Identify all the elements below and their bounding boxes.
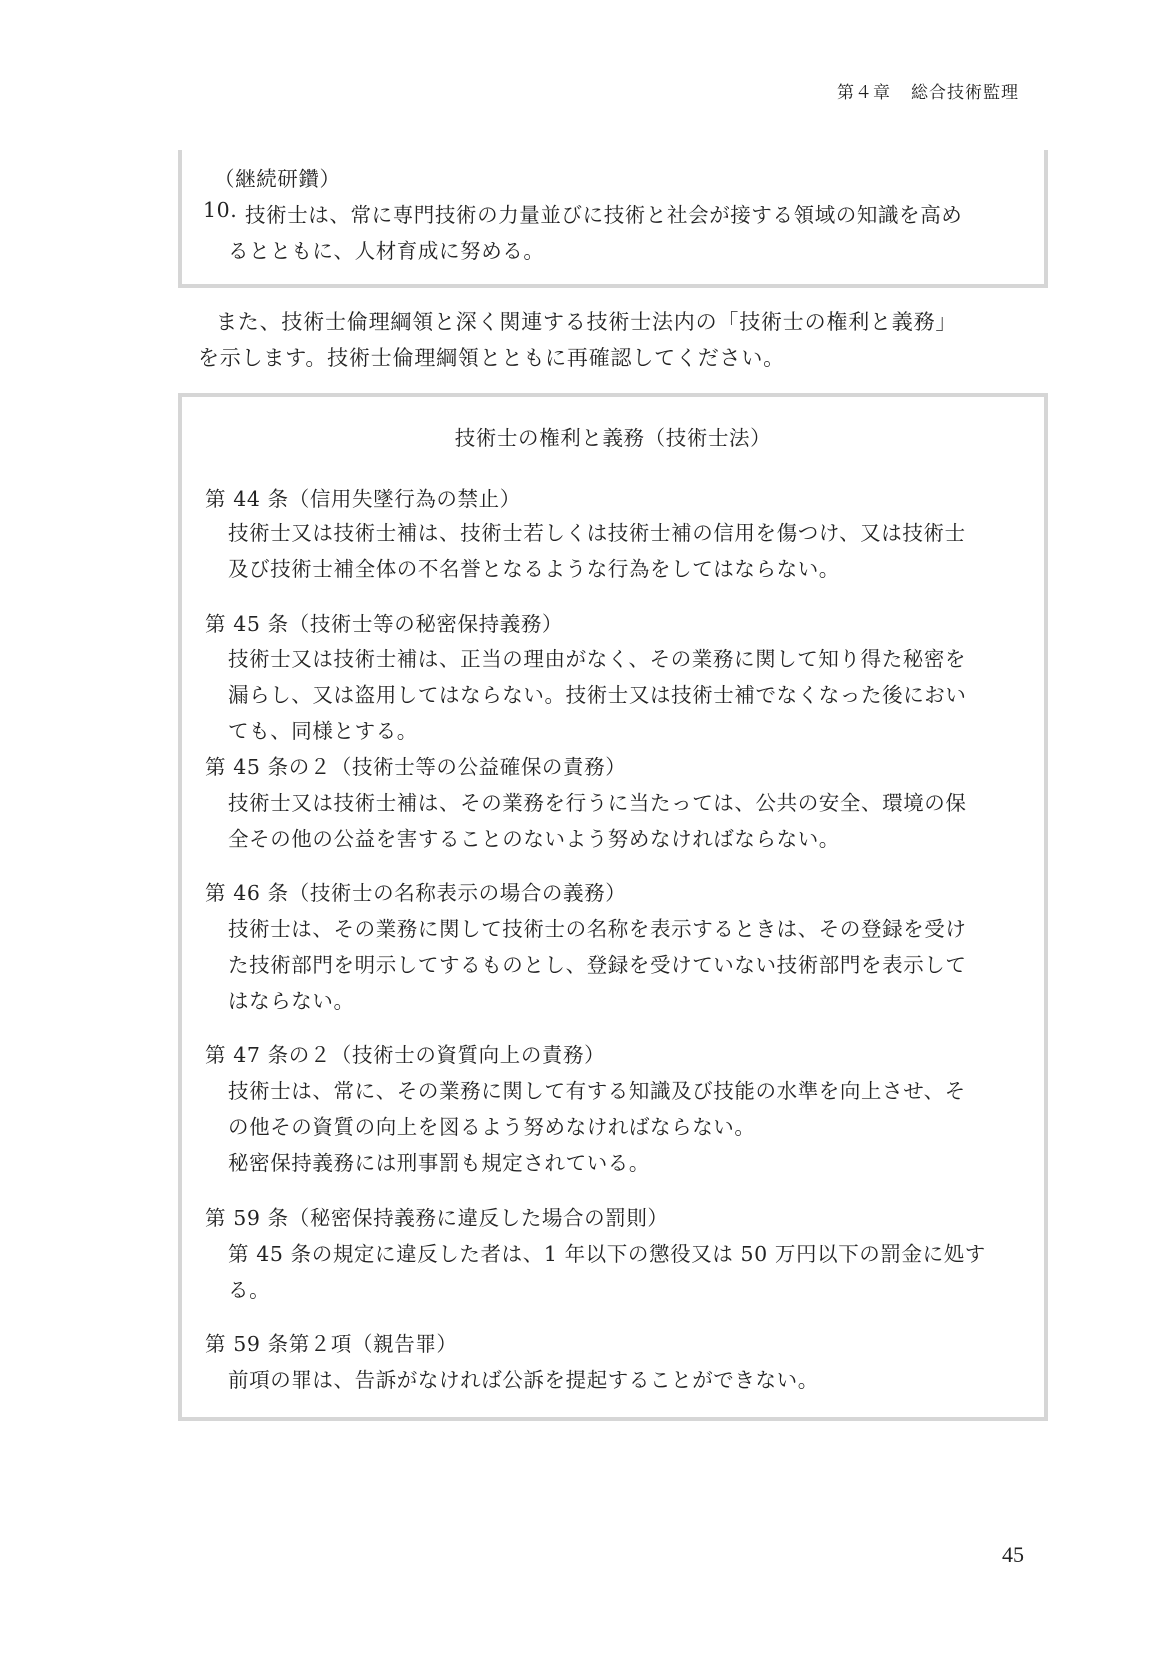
article-heading: 第 45 条の２（技術士等の公益確保の責務）	[205, 750, 626, 780]
clause-heading: （継続研鑽）	[214, 162, 341, 192]
article-heading: 第 44 条（信用失墜行為の禁止）	[205, 482, 521, 512]
article-text-line: 及び技術士補全体の不名誉となるような行為をしてはならない。	[228, 552, 840, 582]
article-text-line: ても、同様とする。	[228, 714, 418, 744]
article-text-line: 漏らし、又は盗用してはならない。技術士又は技術士補でなくなった後におい	[228, 678, 967, 708]
article-text-line: 技術士は、常に、その業務に関して有する知識及び技能の水準を向上させ、そ	[228, 1074, 966, 1104]
article-text-line: 第 45 条の規定に違反した者は、1 年以下の懲役又は 50 万円以下の罰金に処…	[228, 1237, 986, 1267]
article-note-line: 秘密保持義務には刑事罰も規定されている。	[228, 1146, 650, 1176]
clause-number: 10.	[203, 198, 237, 222]
article-text-line: 技術士又は技術士補は、技術士若しくは技術士補の信用を傷つけ、又は技術士	[228, 516, 966, 546]
article-heading: 第 59 条（秘密保持義務に違反した場合の罰則）	[205, 1201, 669, 1231]
article-text-line: 技術士は、その業務に関して技術士の名称を表示するときは、その登録を受け	[228, 912, 967, 942]
running-header: 第４章総合技術監理	[837, 78, 1019, 103]
chapter-title: 総合技術監理	[911, 83, 1019, 103]
clause-text-line: 技術士は、常に専門技術の力量並びに技術と社会が接する領域の知識を高め	[245, 198, 962, 228]
intro-paragraph-line: また、技術士倫理綱領と深く関連する技術士法内の「技術士の権利と義務」	[216, 306, 957, 336]
article-text-line: た技術部門を明示してするものとし、登録を受けていない技術部門を表示して	[228, 948, 967, 978]
clause-text-line: るとともに、人材育成に努める。	[228, 234, 545, 264]
article-text-line: の他その資質の向上を図るよう努めなければならない。	[228, 1110, 756, 1140]
intro-paragraph-line: を示します。技術士倫理綱領とともに再確認してください。	[198, 342, 785, 372]
page-number: 45	[1002, 1542, 1024, 1568]
chapter-label: 第４章	[837, 83, 891, 103]
article-text-line: 前項の罪は、告訴がなければ公訴を提起することができない。	[228, 1363, 819, 1393]
article-text-line: はならない。	[228, 984, 355, 1014]
article-text-line: 技術士又は技術士補は、正当の理由がなく、その業務に関して知り得た秘密を	[228, 642, 966, 672]
article-heading: 第 45 条（技術士等の秘密保持義務）	[205, 607, 563, 637]
article-text-line: る。	[228, 1273, 270, 1303]
article-heading: 第 46 条（技術士の名称表示の場合の義務）	[205, 876, 626, 906]
article-text-line: 全その他の公益を害することのないよう努めなければならない。	[228, 822, 840, 852]
article-text-line: 技術士又は技術士補は、その業務を行うに当たっては、公共の安全、環境の保	[228, 786, 967, 816]
article-heading: 第 59 条第２項（親告罪）	[205, 1327, 458, 1357]
article-heading: 第 47 条の２（技術士の資質向上の責務）	[205, 1038, 605, 1068]
law-box-title: 技術士の権利と義務（技術士法）	[182, 421, 1044, 451]
